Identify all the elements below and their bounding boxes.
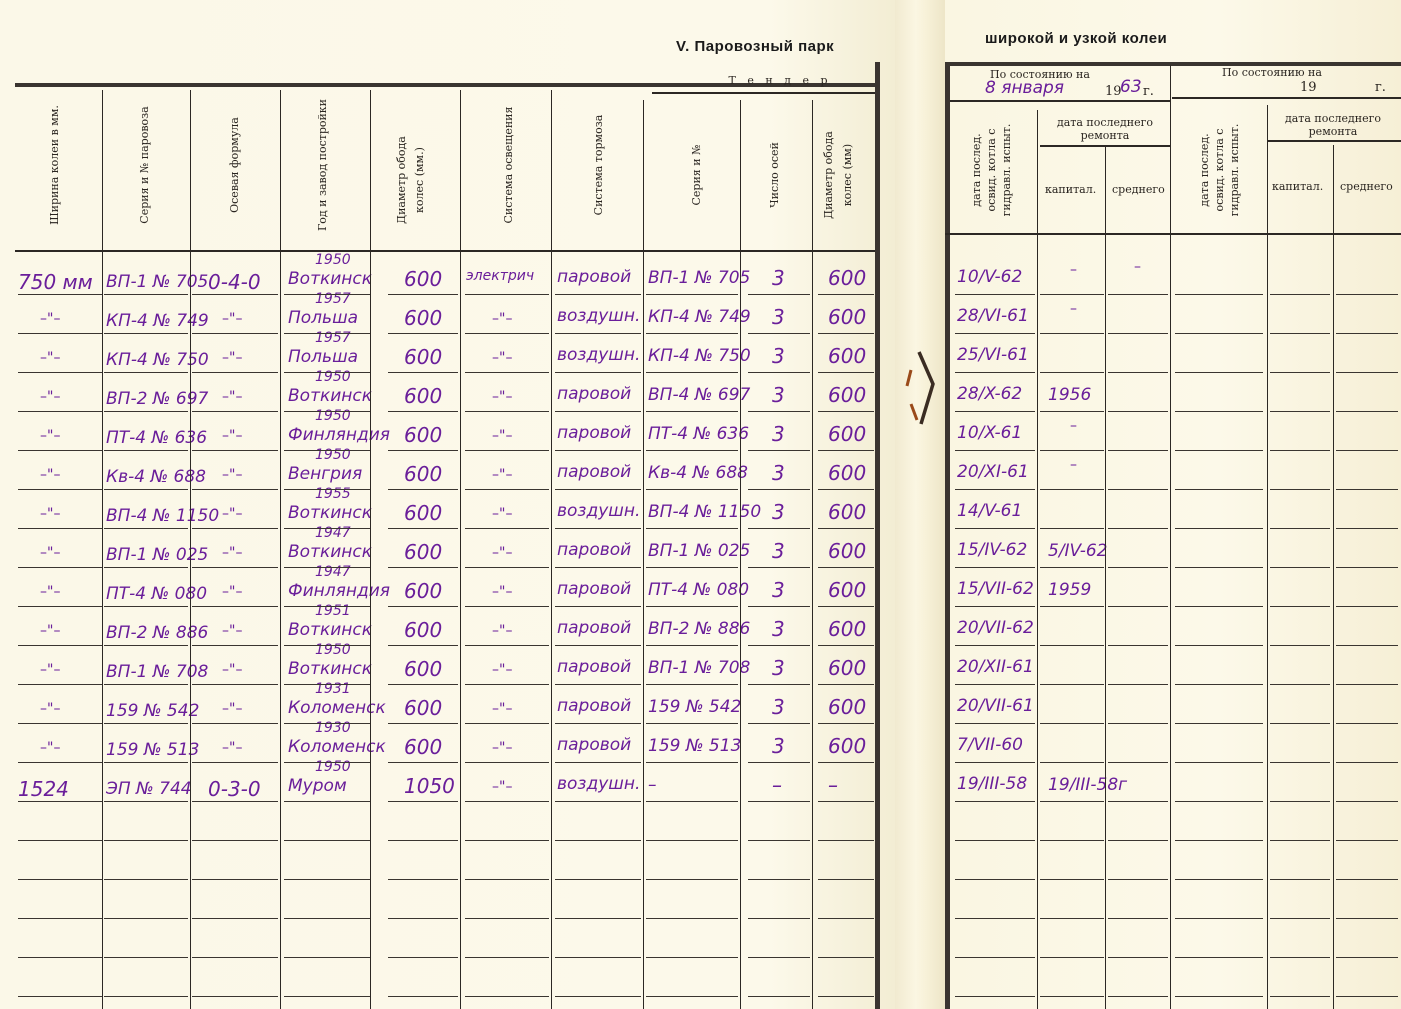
cell-brake: паровой — [557, 423, 631, 443]
page-title-right: широкой и узкой колеи — [985, 30, 1167, 47]
cell-brake: паровой — [557, 735, 631, 755]
header-tender-diam-2: колес (мм) — [841, 105, 855, 245]
row-rule — [1175, 996, 1263, 997]
cell-gauge: –"– — [40, 311, 60, 327]
row-rule — [1175, 957, 1263, 958]
row-rule — [646, 840, 738, 841]
cell-gauge: –"– — [40, 740, 60, 756]
row-rule — [748, 333, 810, 334]
cell-lighting: –"– — [492, 467, 512, 483]
cell-plant: Воткинск — [288, 659, 372, 679]
row-rule — [192, 450, 278, 451]
boiler-test-1a: дата послед. — [970, 110, 984, 230]
row-rule — [192, 801, 278, 802]
cell-lighting: –"– — [492, 311, 512, 327]
cell-tender-series: ВП-1 № 025 — [648, 541, 750, 561]
row-rule — [955, 489, 1035, 490]
row-rule — [1175, 489, 1263, 490]
cell-tender-axles: 3 — [772, 383, 785, 407]
cell-series: КП-4 № 750 — [106, 350, 209, 370]
row-rule — [1108, 333, 1168, 334]
cell-axle: –"– — [222, 740, 242, 756]
row-rule — [955, 879, 1035, 880]
row-rule — [1270, 528, 1330, 529]
row-rule — [818, 762, 874, 763]
cell-axle: –"– — [222, 584, 242, 600]
row-rule — [555, 801, 641, 802]
row-rule — [18, 294, 102, 295]
cell-lighting: –"– — [492, 623, 512, 639]
row-rule — [955, 372, 1035, 373]
cell-tender-axles: 3 — [772, 461, 785, 485]
row-rule — [1175, 411, 1263, 412]
row-rule — [1175, 645, 1263, 646]
cell-series: ВП-1 № 025 — [106, 545, 208, 565]
cell-wheel-diameter: 600 — [404, 735, 442, 759]
cell-lighting: –"– — [492, 584, 512, 600]
row-rule — [555, 567, 641, 568]
row-rule — [1336, 567, 1398, 568]
cell-brake: паровой — [557, 657, 631, 677]
row-rule — [955, 996, 1035, 997]
cell-tender-diameter: – — [828, 773, 838, 797]
row-rule — [465, 801, 549, 802]
row-rule — [748, 996, 810, 997]
row-rule — [465, 450, 549, 451]
status-2-year-suffix: г. — [1375, 80, 1386, 95]
row-rule — [284, 333, 370, 334]
row-rule — [818, 528, 874, 529]
cell-axle: 0-4-0 — [208, 270, 261, 294]
row-rule — [1270, 489, 1330, 490]
cell-series: ВП-1 № 708 — [106, 662, 208, 682]
row-rule — [192, 411, 278, 412]
row-rule — [1270, 333, 1330, 334]
column-divider — [280, 90, 281, 1009]
row-rule — [646, 957, 738, 958]
row-rule — [104, 879, 188, 880]
cell-series: ПТ-4 № 636 — [106, 428, 207, 448]
row-rule — [555, 879, 641, 880]
row-rule — [555, 645, 641, 646]
row-rule — [388, 411, 458, 412]
header-axle-formula: Осевая формула — [228, 85, 242, 245]
row-rule — [1270, 684, 1330, 685]
cell-boiler-test-date: 7/VII-60 — [957, 735, 1023, 755]
cell-tender-axles: 3 — [772, 656, 785, 680]
row-rule — [1270, 762, 1330, 763]
cell-plant: Муром — [288, 776, 347, 796]
row-rule — [555, 489, 641, 490]
row-rule — [555, 840, 641, 841]
cell-tender-axles: – — [772, 773, 782, 797]
cell-axle: –"– — [222, 389, 242, 405]
row-rule — [818, 294, 874, 295]
cell-tender-series: ВП-2 № 886 — [648, 619, 750, 639]
cell-brake: паровой — [557, 618, 631, 638]
column-divider — [102, 90, 103, 1009]
row-rule — [18, 411, 102, 412]
cell-plant: Польша — [288, 308, 358, 328]
cell-axle: –"– — [222, 701, 242, 717]
row-rule — [1270, 450, 1330, 451]
cell-brake: паровой — [557, 540, 631, 560]
row-rule — [555, 996, 641, 997]
row-rule — [955, 294, 1035, 295]
row-rule — [1175, 840, 1263, 841]
row-rule — [646, 567, 738, 568]
row-rule — [1040, 450, 1104, 451]
row-rule — [18, 840, 102, 841]
capital-2: капитал. — [1272, 180, 1323, 193]
cell-tender-diameter: 600 — [828, 578, 866, 602]
row-rule — [284, 645, 370, 646]
row-rule — [818, 723, 874, 724]
row-rule — [646, 294, 738, 295]
row-rule — [646, 762, 738, 763]
cell-tender-diameter: 600 — [828, 500, 866, 524]
row-rule — [284, 762, 370, 763]
header-tender-group: Т е н д е р — [700, 74, 860, 87]
row-rule — [818, 411, 874, 412]
row-rule — [388, 879, 458, 880]
row-rule — [284, 606, 370, 607]
row-rule — [1040, 606, 1104, 607]
row-rule — [104, 450, 188, 451]
row-rule — [465, 528, 549, 529]
row-rule — [388, 489, 458, 490]
row-rule — [192, 723, 278, 724]
cell-series: ВП-2 № 886 — [106, 623, 208, 643]
row-rule — [1040, 333, 1104, 334]
cell-wheel-diameter: 600 — [404, 267, 442, 291]
cell-gauge: –"– — [40, 545, 60, 561]
cell-brake: паровой — [557, 462, 631, 482]
row-rule — [465, 918, 549, 919]
cell-lighting: –"– — [492, 506, 512, 522]
row-rule — [555, 450, 641, 451]
cell-gauge: –"– — [40, 584, 60, 600]
row-rule — [104, 333, 188, 334]
cell-boiler-test-date: 25/VI-61 — [957, 345, 1029, 365]
row-rule — [18, 801, 102, 802]
row-rule — [192, 879, 278, 880]
cell-lighting: –"– — [492, 662, 512, 678]
row-rule — [748, 450, 810, 451]
row-rule — [555, 333, 641, 334]
cell-lighting: –"– — [492, 350, 512, 366]
cell-boiler-test-date: 28/X-62 — [957, 384, 1022, 404]
row-rule — [1108, 567, 1168, 568]
cell-tender-diameter: 600 — [828, 734, 866, 758]
row-rule — [555, 762, 641, 763]
row-rule — [818, 645, 874, 646]
cell-wheel-diameter: 600 — [404, 345, 442, 369]
cell-tender-series: ПТ-4 № 636 — [648, 424, 749, 444]
cell-capital-repair: 1959 — [1048, 580, 1091, 600]
row-rule — [748, 918, 810, 919]
row-rule — [284, 879, 370, 880]
cell-wheel-diameter: 600 — [404, 579, 442, 603]
cell-series: КП-4 № 749 — [106, 311, 209, 331]
row-rule — [748, 606, 810, 607]
cell-axle: –"– — [222, 506, 242, 522]
row-rule — [955, 450, 1035, 451]
row-rule — [955, 840, 1035, 841]
row-rule — [1336, 957, 1398, 958]
row-rule — [1175, 684, 1263, 685]
row-rule — [1336, 333, 1398, 334]
row-rule — [18, 957, 102, 958]
row-rule — [465, 684, 549, 685]
cell-brake: воздушн. — [557, 501, 640, 521]
cell-plant: Финляндия — [288, 425, 390, 445]
row-rule — [646, 411, 738, 412]
cell-wheel-diameter: 600 — [404, 501, 442, 525]
status-1-line — [950, 100, 1170, 102]
row-rule — [646, 996, 738, 997]
tender-group-line — [652, 92, 877, 94]
cell-wheel-diameter: 1050 — [404, 774, 455, 798]
header-wheel-diameter-2: колес (мм.) — [413, 115, 427, 245]
cell-wheel-diameter: 600 — [404, 657, 442, 681]
row-rule — [1175, 723, 1263, 724]
row-rule — [388, 372, 458, 373]
row-rule — [955, 723, 1035, 724]
row-rule — [1175, 918, 1263, 919]
cell-series: ВП-1 № 705 — [106, 272, 208, 292]
column-divider — [740, 100, 741, 1009]
cell-gauge: –"– — [40, 506, 60, 522]
row-rule — [1108, 840, 1168, 841]
cell-wheel-diameter: 600 — [404, 423, 442, 447]
cell-boiler-test-date: 10/X-61 — [957, 423, 1022, 443]
cell-lighting: электрич — [466, 268, 534, 284]
row-rule — [104, 762, 188, 763]
row-rule — [192, 996, 278, 997]
row-rule — [465, 762, 549, 763]
row-rule — [388, 762, 458, 763]
row-rule — [388, 957, 458, 958]
header-tender-axles: Число осей — [768, 105, 782, 245]
cell-plant: Воткинск — [288, 503, 372, 523]
row-rule — [465, 489, 549, 490]
repair-2-line — [1268, 140, 1401, 142]
cell-wheel-diameter: 600 — [404, 462, 442, 486]
row-rule — [104, 723, 188, 724]
cell-brake: паровой — [557, 579, 631, 599]
row-rule — [555, 684, 641, 685]
capital-1: капитал. — [1045, 183, 1096, 196]
row-rule — [1175, 801, 1263, 802]
row-rule — [192, 957, 278, 958]
column-divider — [1037, 110, 1038, 1009]
row-rule — [1270, 723, 1330, 724]
cell-brake: воздушн. — [557, 345, 640, 365]
row-rule — [646, 450, 738, 451]
row-rule — [104, 528, 188, 529]
cell-gauge: –"– — [40, 623, 60, 639]
row-rule — [465, 372, 549, 373]
row-rule — [1270, 918, 1330, 919]
row-rule — [284, 801, 370, 802]
row-rule — [465, 879, 549, 880]
row-rule — [192, 606, 278, 607]
row-rule — [1336, 450, 1398, 451]
cell-axle: –"– — [222, 545, 242, 561]
row-rule — [192, 918, 278, 919]
row-rule — [465, 957, 549, 958]
row-rule — [1108, 645, 1168, 646]
row-rule — [465, 567, 549, 568]
cell-gauge: 750 мм — [18, 270, 93, 294]
cell-boiler-test-date: 20/XII-61 — [957, 657, 1034, 677]
row-rule — [18, 528, 102, 529]
row-rule — [555, 723, 641, 724]
row-rule — [1336, 411, 1398, 412]
row-rule — [955, 918, 1035, 919]
header-year-plant: Год и завод постройки — [316, 85, 330, 245]
cell-boiler-test-date: 15/VII-62 — [957, 579, 1034, 599]
row-rule — [955, 606, 1035, 607]
row-rule — [1175, 294, 1263, 295]
last-repair-1: дата последнего ремонта — [1050, 116, 1160, 142]
row-rule — [1175, 762, 1263, 763]
row-rule — [18, 684, 102, 685]
row-rule — [192, 333, 278, 334]
row-rule — [388, 333, 458, 334]
cell-lighting: –"– — [492, 701, 512, 717]
row-rule — [104, 489, 188, 490]
cell-tender-diameter: 600 — [828, 383, 866, 407]
row-rule — [388, 567, 458, 568]
column-divider — [1105, 145, 1106, 1009]
row-rule — [284, 840, 370, 841]
cell-medium-repair: – — [1134, 259, 1141, 275]
row-rule — [818, 450, 874, 451]
cell-wheel-diameter: 600 — [404, 618, 442, 642]
medium-1: среднего — [1112, 183, 1165, 196]
row-rule — [1336, 294, 1398, 295]
cell-lighting: –"– — [492, 389, 512, 405]
row-rule — [104, 411, 188, 412]
row-rule — [388, 528, 458, 529]
row-rule — [646, 684, 738, 685]
cell-tender-series: – — [648, 775, 657, 795]
row-rule — [192, 567, 278, 568]
cell-gauge: –"– — [40, 428, 60, 444]
cell-axle: –"– — [222, 350, 242, 366]
header-brake: Система тормоза — [592, 85, 606, 245]
header-tender-diam-1: Диаметр обода — [822, 105, 836, 245]
row-rule — [1336, 996, 1398, 997]
row-rule — [1270, 294, 1330, 295]
row-rule — [1040, 489, 1104, 490]
row-rule — [465, 411, 549, 412]
cell-tender-series: ПТ-4 № 080 — [648, 580, 749, 600]
row-rule — [1175, 879, 1263, 880]
cell-tender-diameter: 600 — [828, 422, 866, 446]
row-rule — [388, 918, 458, 919]
row-rule — [555, 294, 641, 295]
row-rule — [465, 996, 549, 997]
page-title-left: V. Паровозный парк — [676, 38, 834, 55]
row-rule — [104, 606, 188, 607]
cell-lighting: –"– — [492, 428, 512, 444]
cell-gauge: –"– — [40, 467, 60, 483]
row-rule — [104, 801, 188, 802]
row-rule — [1040, 645, 1104, 646]
row-rule — [1040, 411, 1104, 412]
row-rule — [284, 372, 370, 373]
row-rule — [104, 372, 188, 373]
cell-plant: Венгрия — [288, 464, 362, 484]
row-rule — [1336, 684, 1398, 685]
cell-plant: Польша — [288, 347, 358, 367]
row-rule — [388, 840, 458, 841]
column-divider — [370, 90, 371, 1009]
row-rule — [1336, 918, 1398, 919]
row-rule — [18, 723, 102, 724]
cell-plant: Воткинск — [288, 386, 372, 406]
row-rule — [555, 411, 641, 412]
row-rule — [1336, 762, 1398, 763]
cell-brake: паровой — [557, 384, 631, 404]
row-rule — [1108, 762, 1168, 763]
row-rule — [18, 996, 102, 997]
row-rule — [1108, 450, 1168, 451]
row-rule — [104, 684, 188, 685]
row-rule — [1175, 528, 1263, 529]
cell-tender-series: ВП-4 № 697 — [648, 385, 750, 405]
row-rule — [284, 996, 370, 997]
cell-wheel-diameter: 600 — [404, 306, 442, 330]
row-rule — [104, 840, 188, 841]
row-rule — [18, 333, 102, 334]
row-rule — [1040, 294, 1104, 295]
row-rule — [465, 606, 549, 607]
row-rule — [955, 333, 1035, 334]
row-rule — [465, 333, 549, 334]
row-rule — [748, 723, 810, 724]
row-rule — [18, 450, 102, 451]
row-rule — [465, 840, 549, 841]
row-rule — [1270, 411, 1330, 412]
row-rule — [1108, 957, 1168, 958]
cell-boiler-test-date: 20/VII-61 — [957, 696, 1034, 716]
header-series-number: Серия и № паровоза — [138, 85, 152, 245]
row-rule — [192, 294, 278, 295]
row-rule — [1336, 879, 1398, 880]
row-rule — [1270, 957, 1330, 958]
header-lighting: Система освещения — [502, 85, 516, 245]
row-rule — [192, 528, 278, 529]
row-rule — [1108, 411, 1168, 412]
row-rule — [1040, 372, 1104, 373]
row-rule — [1108, 606, 1168, 607]
cell-tender-series: ВП-1 № 708 — [648, 658, 750, 678]
cell-plant: Коломенск — [288, 737, 386, 757]
row-rule — [748, 879, 810, 880]
cell-tender-axles: 3 — [772, 734, 785, 758]
row-rule — [555, 606, 641, 607]
header-gauge: Ширина колеи в мм. — [48, 85, 62, 245]
cell-capital-repair: – — [1070, 262, 1077, 278]
cell-plant: Воткинск — [288, 620, 372, 640]
cell-axle: 0-3-0 — [208, 777, 261, 801]
cell-tender-series: ВП-4 № 1150 — [648, 502, 761, 522]
cell-wheel-diameter: 600 — [404, 696, 442, 720]
